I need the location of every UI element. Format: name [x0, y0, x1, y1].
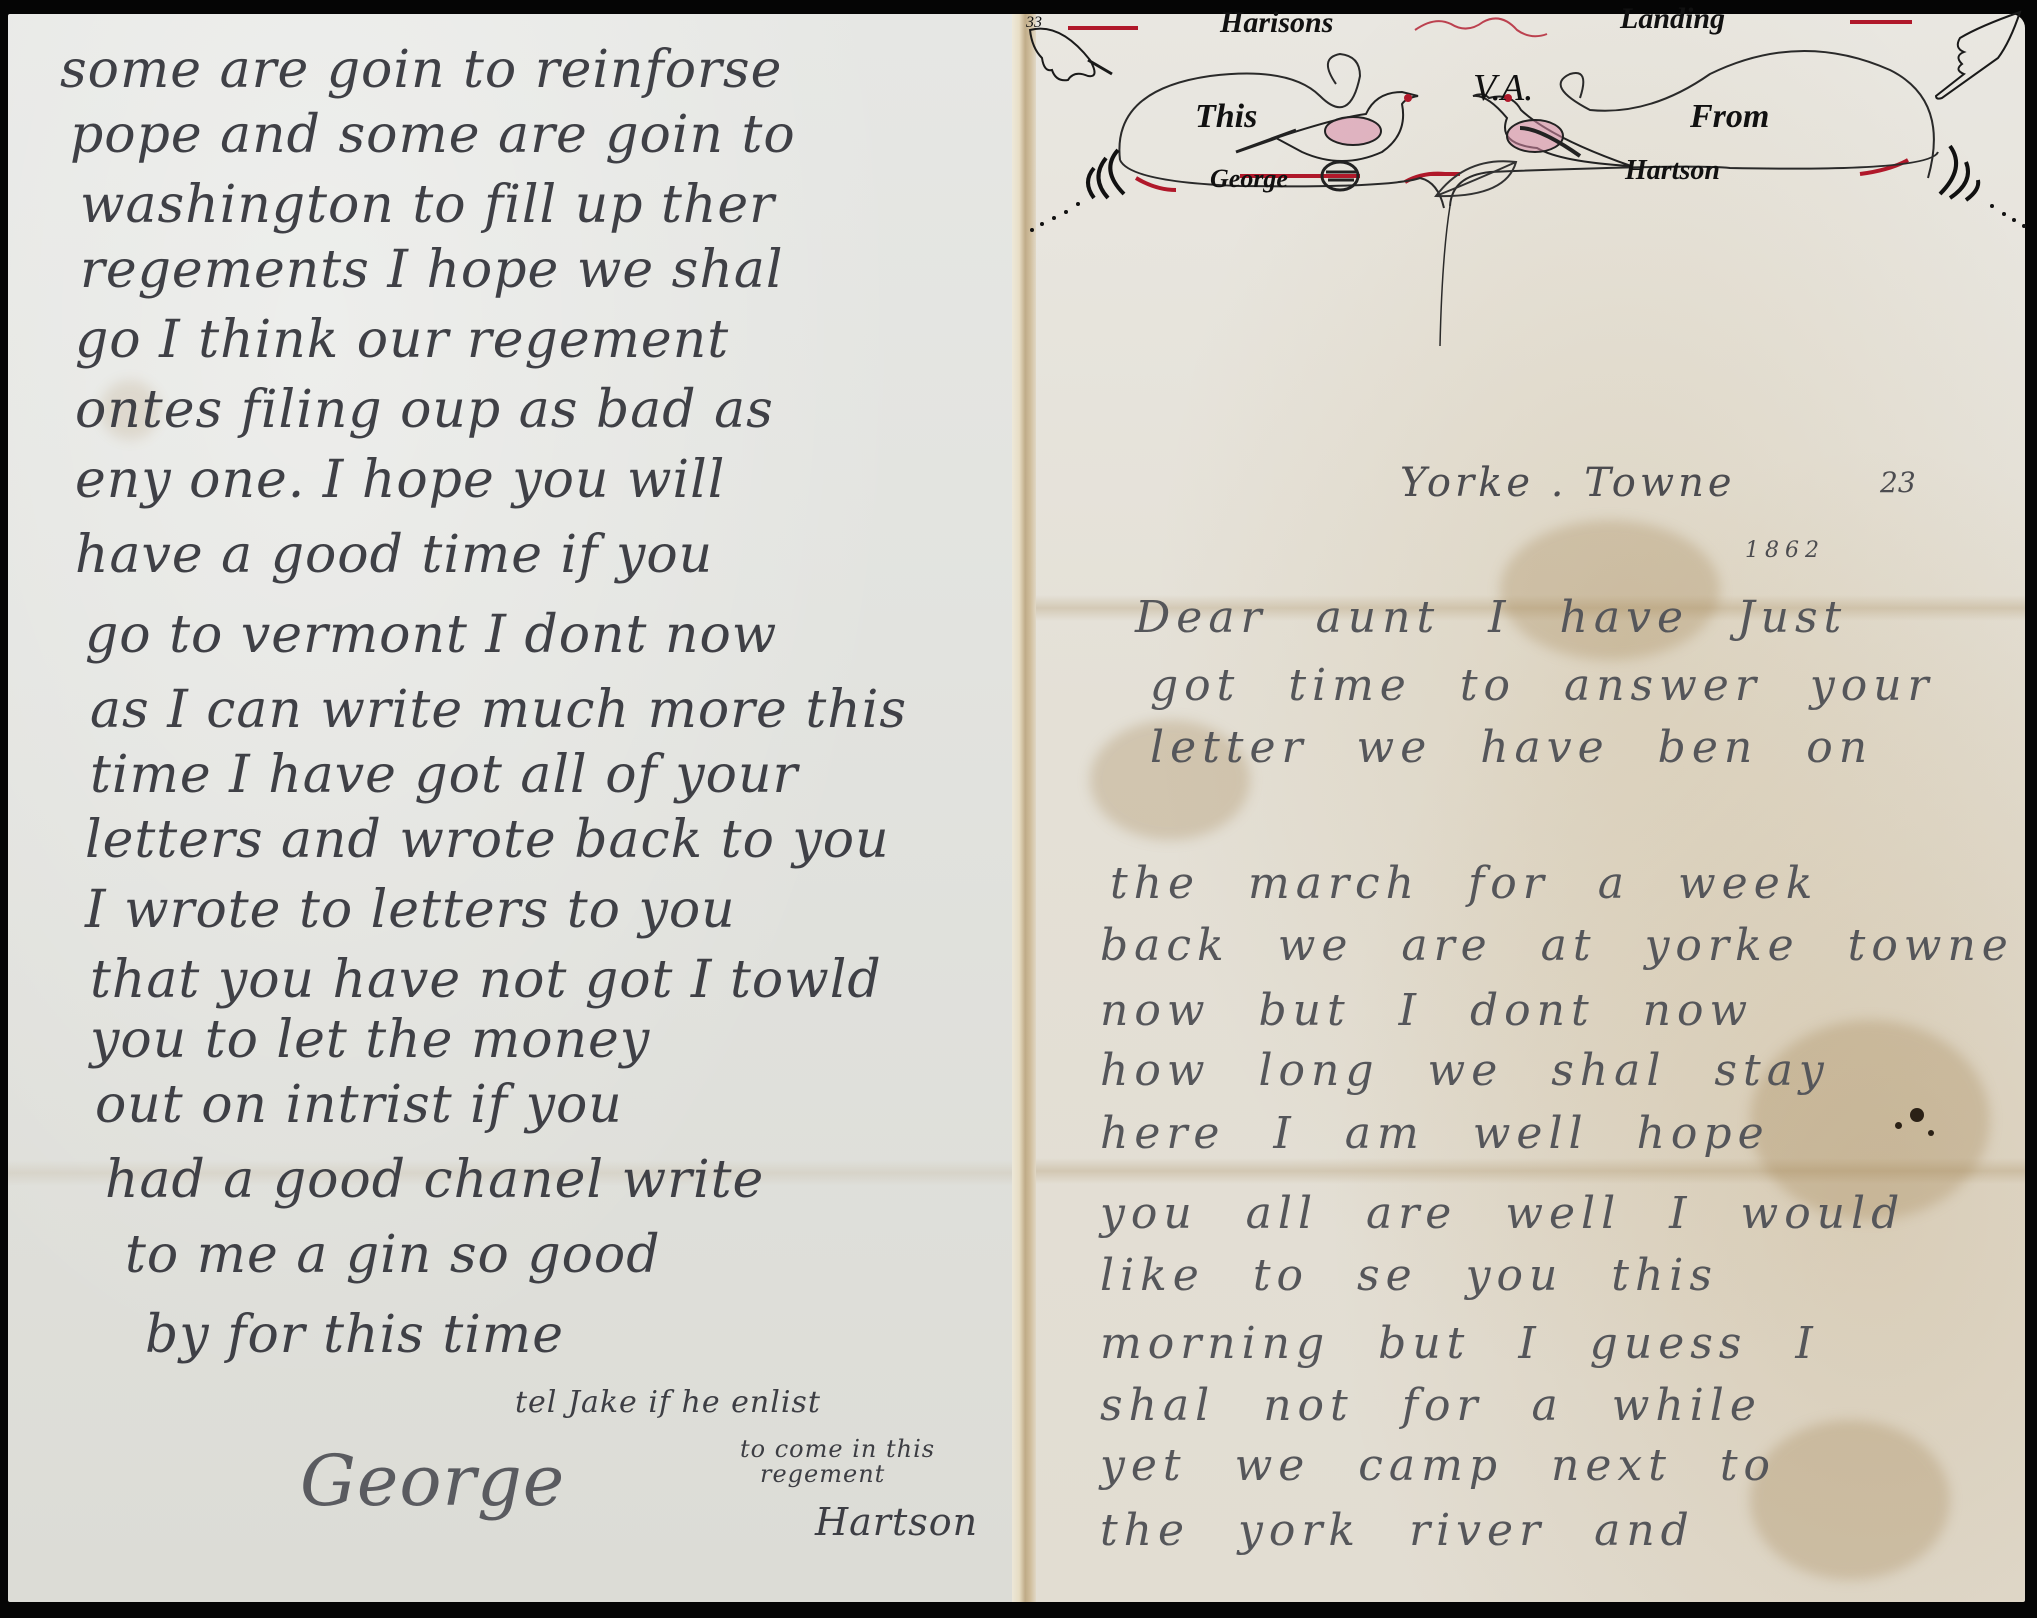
signature-last-name: Hartson [815, 1500, 978, 1544]
postscript-line-3: regement [760, 1460, 885, 1488]
signature-first-name: George [300, 1440, 565, 1522]
pointing-hand-right-icon [1936, 12, 2020, 99]
ribbon-left-text: George [1210, 164, 1288, 194]
banner-left-text: This [1195, 98, 1257, 136]
left-line-6: ontes filing oup as bad as [75, 380, 774, 440]
left-line-1: some are goin to reinforse [60, 40, 782, 100]
right-line-12: shal not for a while [1100, 1380, 1762, 1431]
banner-right-text: From [1690, 98, 1769, 136]
left-line-18: to me a gin so good [125, 1225, 661, 1285]
left-line-8: have a good time if you [75, 525, 713, 585]
right-line-2: got time to answer your [1150, 660, 1935, 711]
letterhead-top-left: Harisons [1220, 6, 1333, 40]
postscript-line-1: tel Jake if he enlist [515, 1385, 821, 1420]
right-line-1: Dear aunt I have Just [1135, 592, 1847, 643]
right-line-3: letter we have ben on [1150, 722, 1873, 773]
right-line-9: you all are well I would [1100, 1188, 1905, 1239]
right-line-14: the york river and [1100, 1505, 1695, 1556]
right-line-11: morning but I guess I [1100, 1318, 1819, 1369]
right-line-8: here I am well hope [1100, 1108, 1770, 1159]
left-line-17: had a good chanel write [105, 1150, 764, 1210]
pointing-hand-left-icon [1030, 29, 1112, 81]
letterhead-monogram: V.A. [1473, 66, 1534, 110]
right-line-5: back we are at yorke towne [1100, 920, 2014, 971]
right-line-10: like to se you this [1100, 1250, 1718, 1301]
left-line-12: letters and wrote back to you [85, 810, 890, 870]
right-line-13: yet we camp next to [1100, 1440, 1776, 1491]
right-line-7: how long we shal stay [1100, 1045, 1830, 1096]
left-line-19: by for this time [145, 1305, 564, 1365]
left-line-2: pope and some are goin to [70, 105, 796, 165]
left-line-15: you to let the money [90, 1010, 650, 1070]
left-line-16: out on intrist if you [95, 1075, 623, 1135]
date-year: 1862 [1745, 538, 1825, 563]
left-line-5: go I think our regement [75, 310, 729, 370]
corner-mark: 33 [1026, 14, 1042, 32]
postscript-line-2: to come in this [740, 1435, 935, 1463]
left-line-11: time I have got all of your [90, 745, 798, 805]
left-line-7: eny one. I hope you will [75, 450, 725, 510]
letterhead-top-right: Landing [1620, 2, 1725, 36]
left-line-3: washington to fill up ther [80, 175, 775, 235]
ribbon-right-text: Hartson [1625, 155, 1720, 187]
date-day: 23 [1880, 466, 1916, 499]
leaf-icon [1436, 161, 1516, 196]
place-line: Yorke . Towne [1400, 460, 1736, 506]
right-line-4: the march for a week [1110, 858, 1818, 909]
left-line-9: go to vermont I dont now [85, 605, 777, 665]
ink-spot [1895, 1122, 1902, 1129]
left-line-10: as I can write much more this [90, 680, 907, 740]
ink-spot [1910, 1108, 1924, 1122]
dot-trail [1030, 202, 2026, 232]
right-line-6: now but I dont now [1100, 985, 1753, 1036]
left-line-14: that you have not got I towld [90, 950, 882, 1010]
stain [1750, 1420, 1950, 1580]
ink-spot [1928, 1130, 1934, 1136]
left-line-4: regements I hope we shal [80, 240, 783, 300]
left-line-13: I wrote to letters to you [85, 880, 736, 940]
